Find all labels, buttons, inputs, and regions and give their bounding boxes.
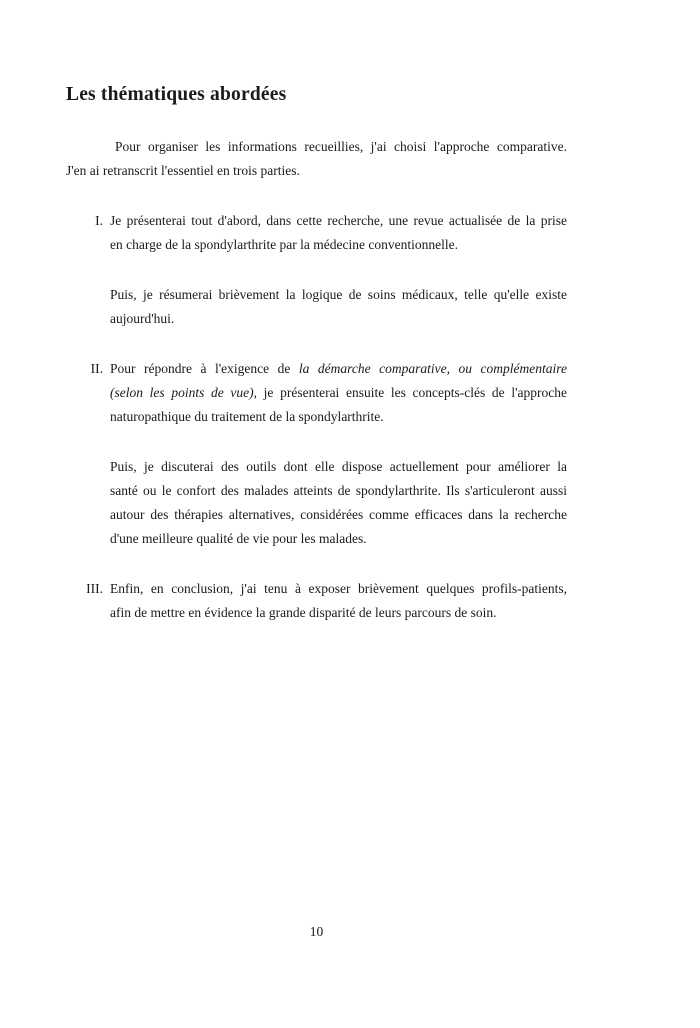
text-line: Pour répondre à l'exigence de la démarch… <box>110 357 567 381</box>
text-segment: santé ou le confort des malades atteints… <box>110 483 567 498</box>
text-segment: Pour répondre à l'exigence de <box>110 361 299 376</box>
text-segment: naturopathique du traitement de la spond… <box>110 409 384 424</box>
document-page: Les thématiques abordées Pour organiser … <box>0 0 700 1028</box>
item-numeral: III. <box>66 577 103 601</box>
text-line: Enfin, en conclusion, j'ai tenu à expose… <box>110 577 567 601</box>
text-line: aujourd'hui. <box>110 307 567 331</box>
page-title: Les thématiques abordées <box>66 82 567 108</box>
page-content: Les thématiques abordées Pour organiser … <box>66 0 567 625</box>
text-segment: en charge de la spondylarthrite par la m… <box>110 237 458 252</box>
list-item-iii: III.Enfin, en conclusion, j'ai tenu à ex… <box>66 577 567 625</box>
text-line: santé ou le confort des malades atteints… <box>110 479 567 503</box>
item-numeral: I. <box>66 209 103 233</box>
text-segment: Puis, je résumerai brièvement la logique… <box>110 287 567 302</box>
item-numeral: II. <box>66 357 103 381</box>
intro-line-1: Pour organiser les informations recueill… <box>66 135 567 159</box>
text-line: afin de mettre en évidence la grande dis… <box>110 601 567 625</box>
page-number: 10 <box>66 920 567 944</box>
text-segment: autour des thérapies alternatives, consi… <box>110 507 567 522</box>
text-segment: d'une meilleure qualité de vie pour les … <box>110 531 367 546</box>
list-item-ii: II.Pour répondre à l'exigence de la déma… <box>66 357 567 551</box>
text-segment: aujourd'hui. <box>110 311 174 326</box>
text-line: Puis, je résumerai brièvement la logique… <box>110 283 567 307</box>
italic-text-segment: la démarche comparative, ou complémentai… <box>299 361 567 376</box>
numbered-list: I.Je présenterai tout d'abord, dans cett… <box>66 209 567 625</box>
text-line: autour des thérapies alternatives, consi… <box>110 503 567 527</box>
italic-text-segment: (selon les points de vue) <box>110 385 254 400</box>
text-line: Je présenterai tout d'abord, dans cette … <box>110 209 567 233</box>
text-line: (selon les points de vue), je présentera… <box>110 381 567 405</box>
text-segment: , je présenterai ensuite les concepts-cl… <box>254 385 567 400</box>
text-line: d'une meilleure qualité de vie pour les … <box>110 527 567 551</box>
item-paragraph: Pour répondre à l'exigence de la démarch… <box>110 357 567 429</box>
text-line: en charge de la spondylarthrite par la m… <box>110 233 567 257</box>
text-segment: Enfin, en conclusion, j'ai tenu à expose… <box>110 581 567 596</box>
text-line: naturopathique du traitement de la spond… <box>110 405 567 429</box>
item-paragraph: Enfin, en conclusion, j'ai tenu à expose… <box>110 577 567 625</box>
text-segment: Je présenterai tout d'abord, dans cette … <box>110 213 567 228</box>
item-paragraph: Puis, je discuterai des outils dont elle… <box>110 455 567 551</box>
text-line: Puis, je discuterai des outils dont elle… <box>110 455 567 479</box>
intro-paragraph: Pour organiser les informations recueill… <box>66 135 567 183</box>
list-item-i: I.Je présenterai tout d'abord, dans cett… <box>66 209 567 331</box>
item-paragraph: Je présenterai tout d'abord, dans cette … <box>110 209 567 257</box>
item-paragraph: Puis, je résumerai brièvement la logique… <box>110 283 567 331</box>
text-segment: afin de mettre en évidence la grande dis… <box>110 605 496 620</box>
intro-line-2: J'en ai retranscrit l'essentiel en trois… <box>66 159 567 183</box>
text-segment: Puis, je discuterai des outils dont elle… <box>110 459 567 474</box>
